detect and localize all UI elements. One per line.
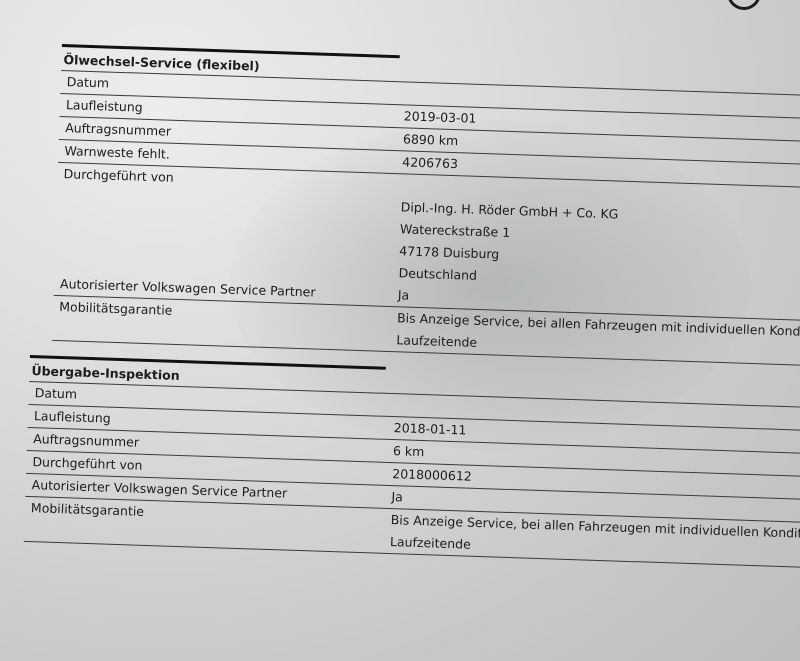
section-handover-inspection: Übergabe-Inspektion Datum Laufleistung 2… xyxy=(24,355,800,570)
section-oil-change-service: Ölwechsel-Service (flexibel) Datum Laufl… xyxy=(52,44,800,369)
vw-logo-icon xyxy=(727,0,761,10)
